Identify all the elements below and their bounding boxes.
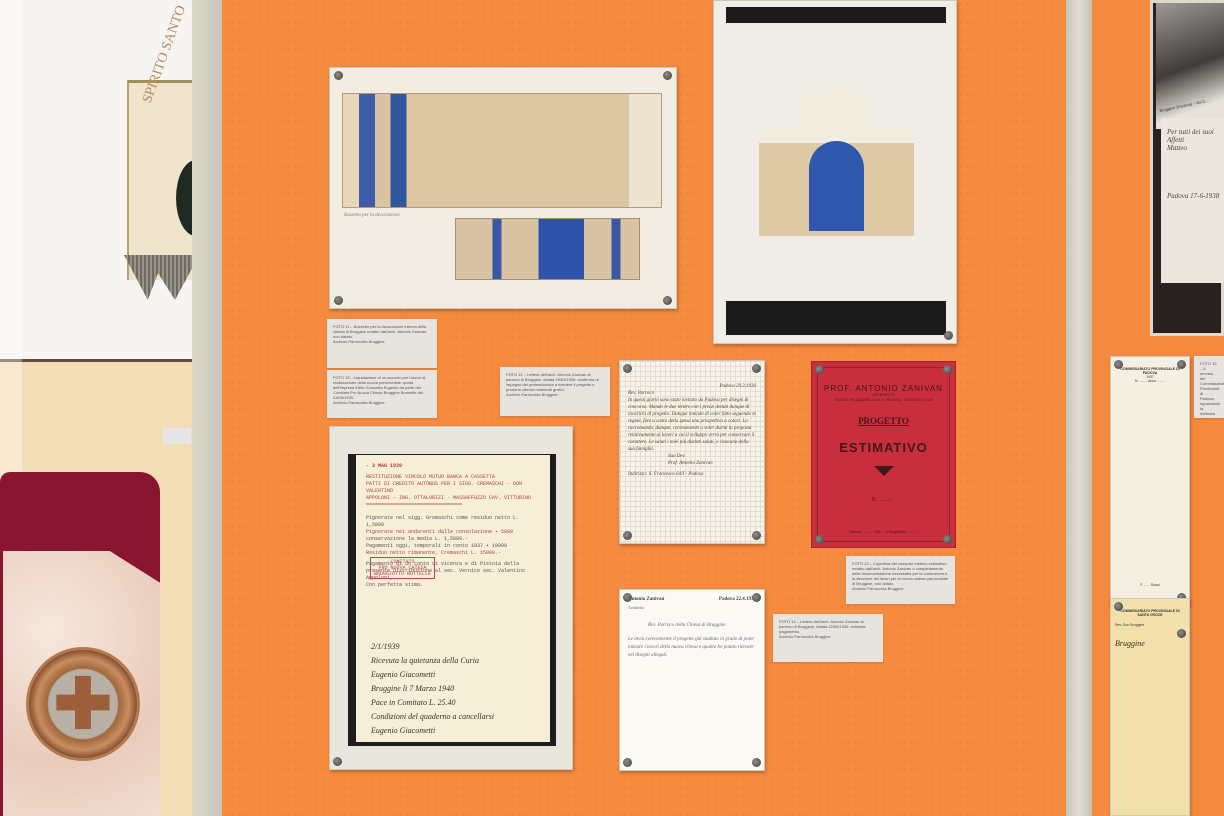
- architectural-drawing-interior: Bozzetto per la decorazione: [329, 67, 677, 309]
- letter-date: Padova 29.3.1936: [628, 383, 756, 390]
- pin-icon: [333, 757, 342, 766]
- label-text: FOTO 19 – Liquidazione di un acconto per…: [333, 375, 431, 400]
- commissariato-decree: COMMISSARIATO PROVINCIALE DI PADOVA 1937…: [1110, 356, 1190, 606]
- pin-icon: [943, 365, 952, 374]
- cover-profession: ARCHITETTO: [812, 393, 955, 397]
- doc-header: COMMISSARIATO PROVINCIALE DI PADOVA: [1115, 367, 1185, 375]
- letterhead: Antonio Zanivan Padova 22.4.1936: [628, 596, 756, 604]
- pin-icon: [752, 531, 761, 540]
- pin-icon: [334, 296, 343, 305]
- comitato-stamp: COMITATO PRO NUOVA CHIESA BRUGGIOTTO ROT…: [370, 557, 435, 579]
- typed-line: conservazione la media L. 1,5000.-: [366, 536, 540, 543]
- label-source: Archivio Parrocchia Bruggine: [852, 586, 949, 591]
- pin-icon: [943, 535, 952, 544]
- apse-dome: [809, 141, 864, 231]
- typed-receipt-document: - 3 MAG 1939 RESTITUZIONE VINCOLO MUTUO …: [329, 426, 573, 770]
- handwritten-line: 2/1/1939: [371, 640, 494, 654]
- letter-closing: Suo Dev.: [668, 453, 756, 460]
- typed-line: Con perfetta stima.: [366, 582, 540, 589]
- pin-icon: [623, 593, 632, 602]
- letter-salutation: Rev. Parroco della Chiesa di Bruggine: [648, 622, 756, 630]
- typed-line: Pignorate nei andarenti dalle consolazio…: [366, 529, 540, 536]
- letter-body: In questi giorni sono stato invitato da …: [628, 397, 756, 453]
- doc-header: COMMISSARIATO PROVINCIALE DI SANTA CROCE: [1115, 609, 1185, 617]
- postcard-back: Per tutti dei suoi Affetti Matteo Padova…: [1161, 118, 1224, 283]
- handwritten-line: Padova 17-6-1938: [1167, 192, 1221, 200]
- doc-greeting: Rev. Don Bruggine: [1115, 623, 1185, 627]
- stamp-line: BRUGGIOTTO ROTTELLE: [374, 571, 431, 577]
- bronze-cross-medallion: ✚: [26, 647, 140, 761]
- cover-number-field: N. ..........: [872, 497, 892, 503]
- letter-salutation: Rev. Parroco: [628, 390, 756, 397]
- date-stamp: - 3 MAG 1939: [366, 463, 540, 470]
- caption-label-foto-15: FOTO 15 – Il decreto del Commissariato P…: [1194, 356, 1224, 418]
- label-source: Archivio Parrocchia Bruggine: [779, 634, 877, 639]
- wall-stripe: [0, 359, 192, 362]
- doc-handwriting: Bruggine: [1115, 639, 1185, 648]
- cover-title-progetto: PROGETTO: [812, 416, 955, 426]
- pin-icon: [752, 593, 761, 602]
- postcard-display: Bruggine (Padova) - Via C... Per tutti d…: [1150, 0, 1224, 336]
- pin-icon: [1177, 360, 1186, 369]
- cross-icon: ✚: [54, 663, 113, 745]
- cover-date-field: Padova ............ 193..... Il Progetti…: [822, 530, 945, 534]
- caption-label-foto-14: FOTO 14 – Lettera dell'arch. Antonio Zan…: [773, 614, 883, 662]
- caption-label-foto-11: FOTO 11 – Bozzetto per la decorazione in…: [327, 319, 437, 368]
- pin-icon: [623, 531, 632, 540]
- typed-line: Pignorate nel sigg. Gremaschi come resid…: [366, 515, 540, 529]
- typed-line: Pagamenti oggi, temporali in conto 1937 …: [366, 543, 540, 550]
- label-text: FOTO 11 – Bozzetto per la decorazione in…: [333, 324, 431, 339]
- pin-icon: [663, 296, 672, 305]
- wall-label: [163, 428, 191, 444]
- label-source: Archivio Parrocchia Bruggine: [333, 339, 431, 344]
- pin-icon: [944, 331, 953, 340]
- typed-line: PATTI DI CREDITO AUTOBUS PER I SIGG. CRE…: [366, 481, 540, 495]
- handwritten-line: Ricevuta la quietanza della Curia: [371, 654, 494, 668]
- partition-post-left: [192, 0, 222, 816]
- handwritten-line: Per tutti dei suoi: [1167, 128, 1221, 136]
- cover-address: STUDIO: VIA ZABARELLA N. 5 - PADOVA - TE…: [812, 398, 955, 402]
- label-source: Archivio Parrocchia Bruggine: [333, 400, 431, 405]
- doc-line: N. ........ Anno ........: [1115, 379, 1185, 383]
- handwritten-line: Affetti: [1167, 136, 1221, 144]
- handwritten-line: Matteo: [1167, 144, 1221, 152]
- label-source: Archivio Parrocchia Bruggine: [506, 392, 604, 397]
- typed-line: Residuo netto rimanente, Cremaschi L. 15…: [366, 550, 540, 557]
- pin-icon: [334, 71, 343, 80]
- label-text: FOTO 13 – Copertina del computo metrico …: [852, 561, 949, 586]
- pin-icon: [815, 365, 824, 374]
- caption-label-foto-19: FOTO 19 – Liquidazione di un acconto per…: [327, 370, 437, 418]
- yellow-decree-document: COMMISSARIATO PROVINCIALE DI SANTA CROCE…: [1110, 598, 1190, 816]
- pin-icon: [623, 758, 632, 767]
- handwritten-line: Eugenio Giacometti: [371, 724, 494, 738]
- architectural-drawing-section: [713, 0, 957, 344]
- label-text: FOTO 14 – Lettera dell'arch. Antonio Zan…: [779, 619, 877, 634]
- pin-icon: [623, 364, 632, 373]
- pin-icon: [752, 758, 761, 767]
- handwritten-line: Pace in Comitato L. 25.40: [371, 696, 494, 710]
- pin-icon: [752, 364, 761, 373]
- cover-author: PROF. ANTONIO ZANIVAN: [812, 384, 955, 393]
- cover-title-estimativo: ESTIMATIVO: [812, 440, 955, 455]
- pin-icon: [663, 71, 672, 80]
- pin-icon: [1114, 360, 1123, 369]
- doc-signature: F. ...... Rossi: [1115, 583, 1185, 587]
- letterhead-letter: Antonio Zanivan Padova 22.4.1936 Archite…: [619, 589, 765, 771]
- handwritten-line: Eugenio Giacometti: [371, 668, 494, 682]
- label-text: FOTO 15 – Il decreto del Commissariato P…: [1200, 361, 1218, 418]
- pin-icon: [1114, 602, 1123, 611]
- handwritten-line: Bruggine li 7 Marzo 1940: [371, 682, 494, 696]
- progetto-estimativo-cover: PROF. ANTONIO ZANIVAN ARCHITETTO STUDIO:…: [811, 361, 956, 548]
- typed-line: RESTITUZIONE VINCOLO MUTUO BANCA A CASSE…: [366, 474, 540, 481]
- handwritten-notes: 2/1/1939 Ricevuta la quietanza della Cur…: [371, 640, 494, 738]
- typed-paper: - 3 MAG 1939 RESTITUZIONE VINCOLO MUTUO …: [356, 455, 550, 742]
- handwritten-letter-1936: Padova 29.3.1936 Rev. Parroco In questi …: [619, 360, 765, 544]
- letterhead-sub: Architetto: [628, 604, 756, 612]
- letter-date: Padova 22.4.1936: [719, 596, 756, 604]
- letterhead-name: Antonio Zanivan: [628, 596, 664, 604]
- typed-line: ================================: [366, 502, 540, 509]
- caption-label-foto-12: FOTO 12 – Lettera dell'arch. Antonio Zan…: [500, 367, 610, 416]
- letter-address: Indirizzo: S. Francesco 64/I - Padova: [628, 471, 756, 478]
- black-band: [726, 301, 946, 335]
- drawing-caption: Bozzetto per la decorazione: [344, 213, 400, 218]
- mosaic-detail: [455, 218, 640, 280]
- handwritten-line: Condizioni del quaderno a cancellarsi: [371, 710, 494, 724]
- black-band: [726, 7, 946, 23]
- pin-icon: [1177, 629, 1186, 638]
- mosaic-elevation: [342, 93, 662, 208]
- typed-line: APPOLONI - ING. OTTALORIZI - MASSAFFUZZO…: [366, 495, 540, 502]
- letter-body: Le invio cortesemente il progetto già st…: [628, 636, 756, 660]
- pin-icon: [815, 535, 824, 544]
- partition-post-right: [1066, 0, 1092, 816]
- label-text: FOTO 12 – Lettera dell'arch. Antonio Zan…: [506, 372, 604, 392]
- caption-label-foto-13: FOTO 13 – Copertina del computo metrico …: [846, 556, 955, 604]
- letter-signature: Prof. Antonio Zanivan: [668, 460, 756, 467]
